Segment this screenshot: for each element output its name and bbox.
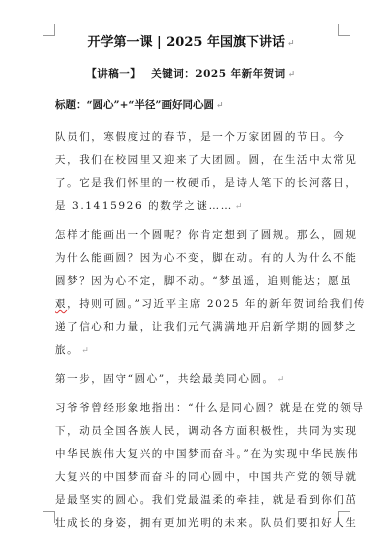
text-line: 圆梦？因为心不定，脚不动。“梦虽遥，追则能达；愿虽	[55, 270, 327, 293]
text-line-content: 第一步，固守“圆心”，共绘最美同心圆。	[55, 373, 275, 385]
margin-corner-top-right	[338, 24, 350, 36]
text-line: 壮成长的身姿，拥有更加光明的未来。队员们要扣好人生	[55, 512, 327, 535]
text-line: 了。它是我们怀里的一枚硬币，是诗人笔下的长河落日，	[55, 172, 327, 195]
paragraph-1: 队员们，寒假度过的春节，是一个万家团圆的节日。今 天，我们在校园里又迎来了大团圆…	[55, 126, 327, 219]
margin-corner-top-left	[43, 24, 55, 36]
section-heading-text: 标题：“圆心”+“半径”画好同心圆	[55, 99, 214, 111]
margin-corner-bottom-left	[43, 511, 55, 523]
subtitle-tag: 【讲稿一】	[86, 68, 141, 80]
text-line-last: 是 3.1415926 的数学之谜……↵	[55, 195, 327, 219]
document-title-text: 开学第一课 | 2025 年国旗下讲话	[87, 35, 285, 50]
paragraph-4: 习爷爷曾经形象地指出：“什么是同心圆？就是在党的领导 下，动员全国各族人民，调动…	[55, 397, 327, 535]
text-line: 递了信心和力量，让我们元气满满地开启新学期的圆梦之	[55, 316, 327, 339]
text-line-last: 旅。↵	[55, 339, 327, 363]
paragraph-mark-icon: ↵	[288, 70, 296, 80]
text-line: 队员们，寒假度过的春节，是一个万家团圆的节日。今	[55, 126, 327, 149]
document-title: 开学第一课 | 2025 年国旗下讲话↵	[55, 33, 327, 54]
text-line: 中华民族伟大复兴的中国梦而奋斗。”在为实现中华民族伟	[55, 443, 327, 466]
text-line-content: 是 3.1415926 的数学之谜……	[55, 200, 233, 212]
text-line-last: 第一步，固守“圆心”，共绘最美同心圆。↵	[55, 368, 327, 392]
text-line: 大复兴的中国梦而奋斗的同心圆中，中国共产党的领导就	[55, 466, 327, 489]
subtitle-keywords: 关键词：2025 年新年贺词	[151, 68, 285, 80]
paragraph-mark-icon: ↵	[235, 202, 244, 212]
paragraph-2: 怎样才能画出一个圆呢？你肯定想到了圆规。那么，圆规 为什么能画圆？因为心不变，脚…	[55, 224, 327, 363]
section-heading: 标题：“圆心”+“半径”画好同心圆↵	[55, 97, 327, 114]
text-line-content: ，持则可圆。”习近平主席 2025 年的新年贺词给我们传	[67, 298, 366, 310]
document-page: 开学第一课 | 2025 年国旗下讲话↵ 【讲稿一】关键词：2025 年新年贺词…	[0, 0, 390, 550]
paragraph-mark-icon: ↵	[287, 39, 295, 49]
text-line: 怎样才能画出一个圆呢？你肯定想到了圆规。那么，圆规	[55, 224, 327, 247]
paragraph-mark-icon: ↵	[81, 346, 90, 356]
document-body[interactable]: 开学第一课 | 2025 年国旗下讲话↵ 【讲稿一】关键词：2025 年新年贺词…	[55, 33, 327, 540]
text-line: 为什么能画圆？因为心不变，脚在动。有的人为什么不能	[55, 247, 327, 270]
paragraph-3: 第一步，固守“圆心”，共绘最美同心圆。↵	[55, 368, 327, 392]
spellcheck-underline-word[interactable]: 艰	[55, 298, 67, 310]
paragraph-mark-icon: ↵	[216, 101, 224, 111]
text-line: 是最坚实的圆心。我们党最温柔的牵挂，就是看到你们茁	[55, 489, 327, 512]
text-line: 天，我们在校园里又迎来了大团圆。圆，在生活中太常见	[55, 149, 327, 172]
text-line: 习爷爷曾经形象地指出：“什么是同心圆？就是在党的领导	[55, 397, 327, 420]
paragraph-mark-icon: ↵	[277, 375, 286, 385]
text-line: 下，动员全国各族人民，调动各方面积极性，共同为实现	[55, 420, 327, 443]
text-line-with-spellcheck: 艰，持则可圆。”习近平主席 2025 年的新年贺词给我们传	[55, 293, 327, 316]
document-subtitle: 【讲稿一】关键词：2025 年新年贺词↵	[55, 66, 327, 83]
text-line-content: 旅。	[55, 344, 79, 356]
